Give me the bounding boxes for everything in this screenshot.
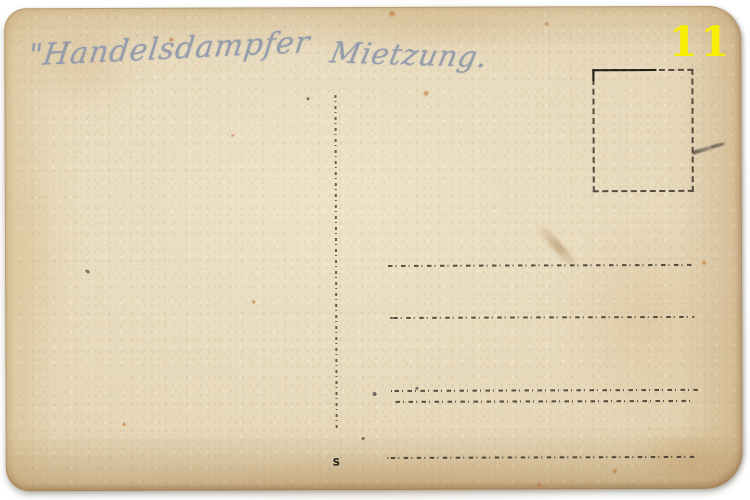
stain: [631, 426, 736, 491]
foxing-spot: [251, 299, 256, 304]
handwriting-caption: "HandelsdampferMietzung.: [28, 31, 489, 68]
foxing-spot: [122, 422, 127, 427]
stain: [0, 123, 68, 393]
handwriting-word: "Handelsdampfer: [26, 25, 312, 74]
address-line: [394, 400, 693, 403]
foxing-spot: [422, 90, 429, 97]
ink-fleck: [373, 392, 377, 396]
foxing-spot: [544, 21, 549, 26]
foxing-spot: [701, 260, 707, 266]
stain: [121, 456, 641, 500]
postcard-scan: "HandelsdampferMietzung. s: [4, 6, 743, 492]
stamp-box: [592, 69, 693, 192]
handwriting-word: Mietzung.: [327, 35, 491, 74]
divider-line: [334, 95, 337, 429]
foxing-spot: [612, 468, 618, 474]
address-line: [388, 389, 698, 392]
ink-fleck: [362, 437, 365, 440]
address-line: [388, 264, 694, 267]
foxing-spot: [537, 482, 542, 487]
ink-fleck: [85, 269, 91, 274]
address-line: [386, 456, 696, 459]
foxing-spot: [231, 133, 235, 137]
scanned-postcard-photo: "HandelsdampferMietzung. s 11: [0, 0, 750, 500]
address-line: [390, 316, 694, 319]
printer-sorting-mark: s: [333, 453, 340, 468]
stain: [560, 211, 736, 427]
ink-fleck: [306, 97, 309, 100]
catalog-annotation-number: 11: [669, 22, 732, 63]
foxing-spot: [388, 10, 396, 18]
